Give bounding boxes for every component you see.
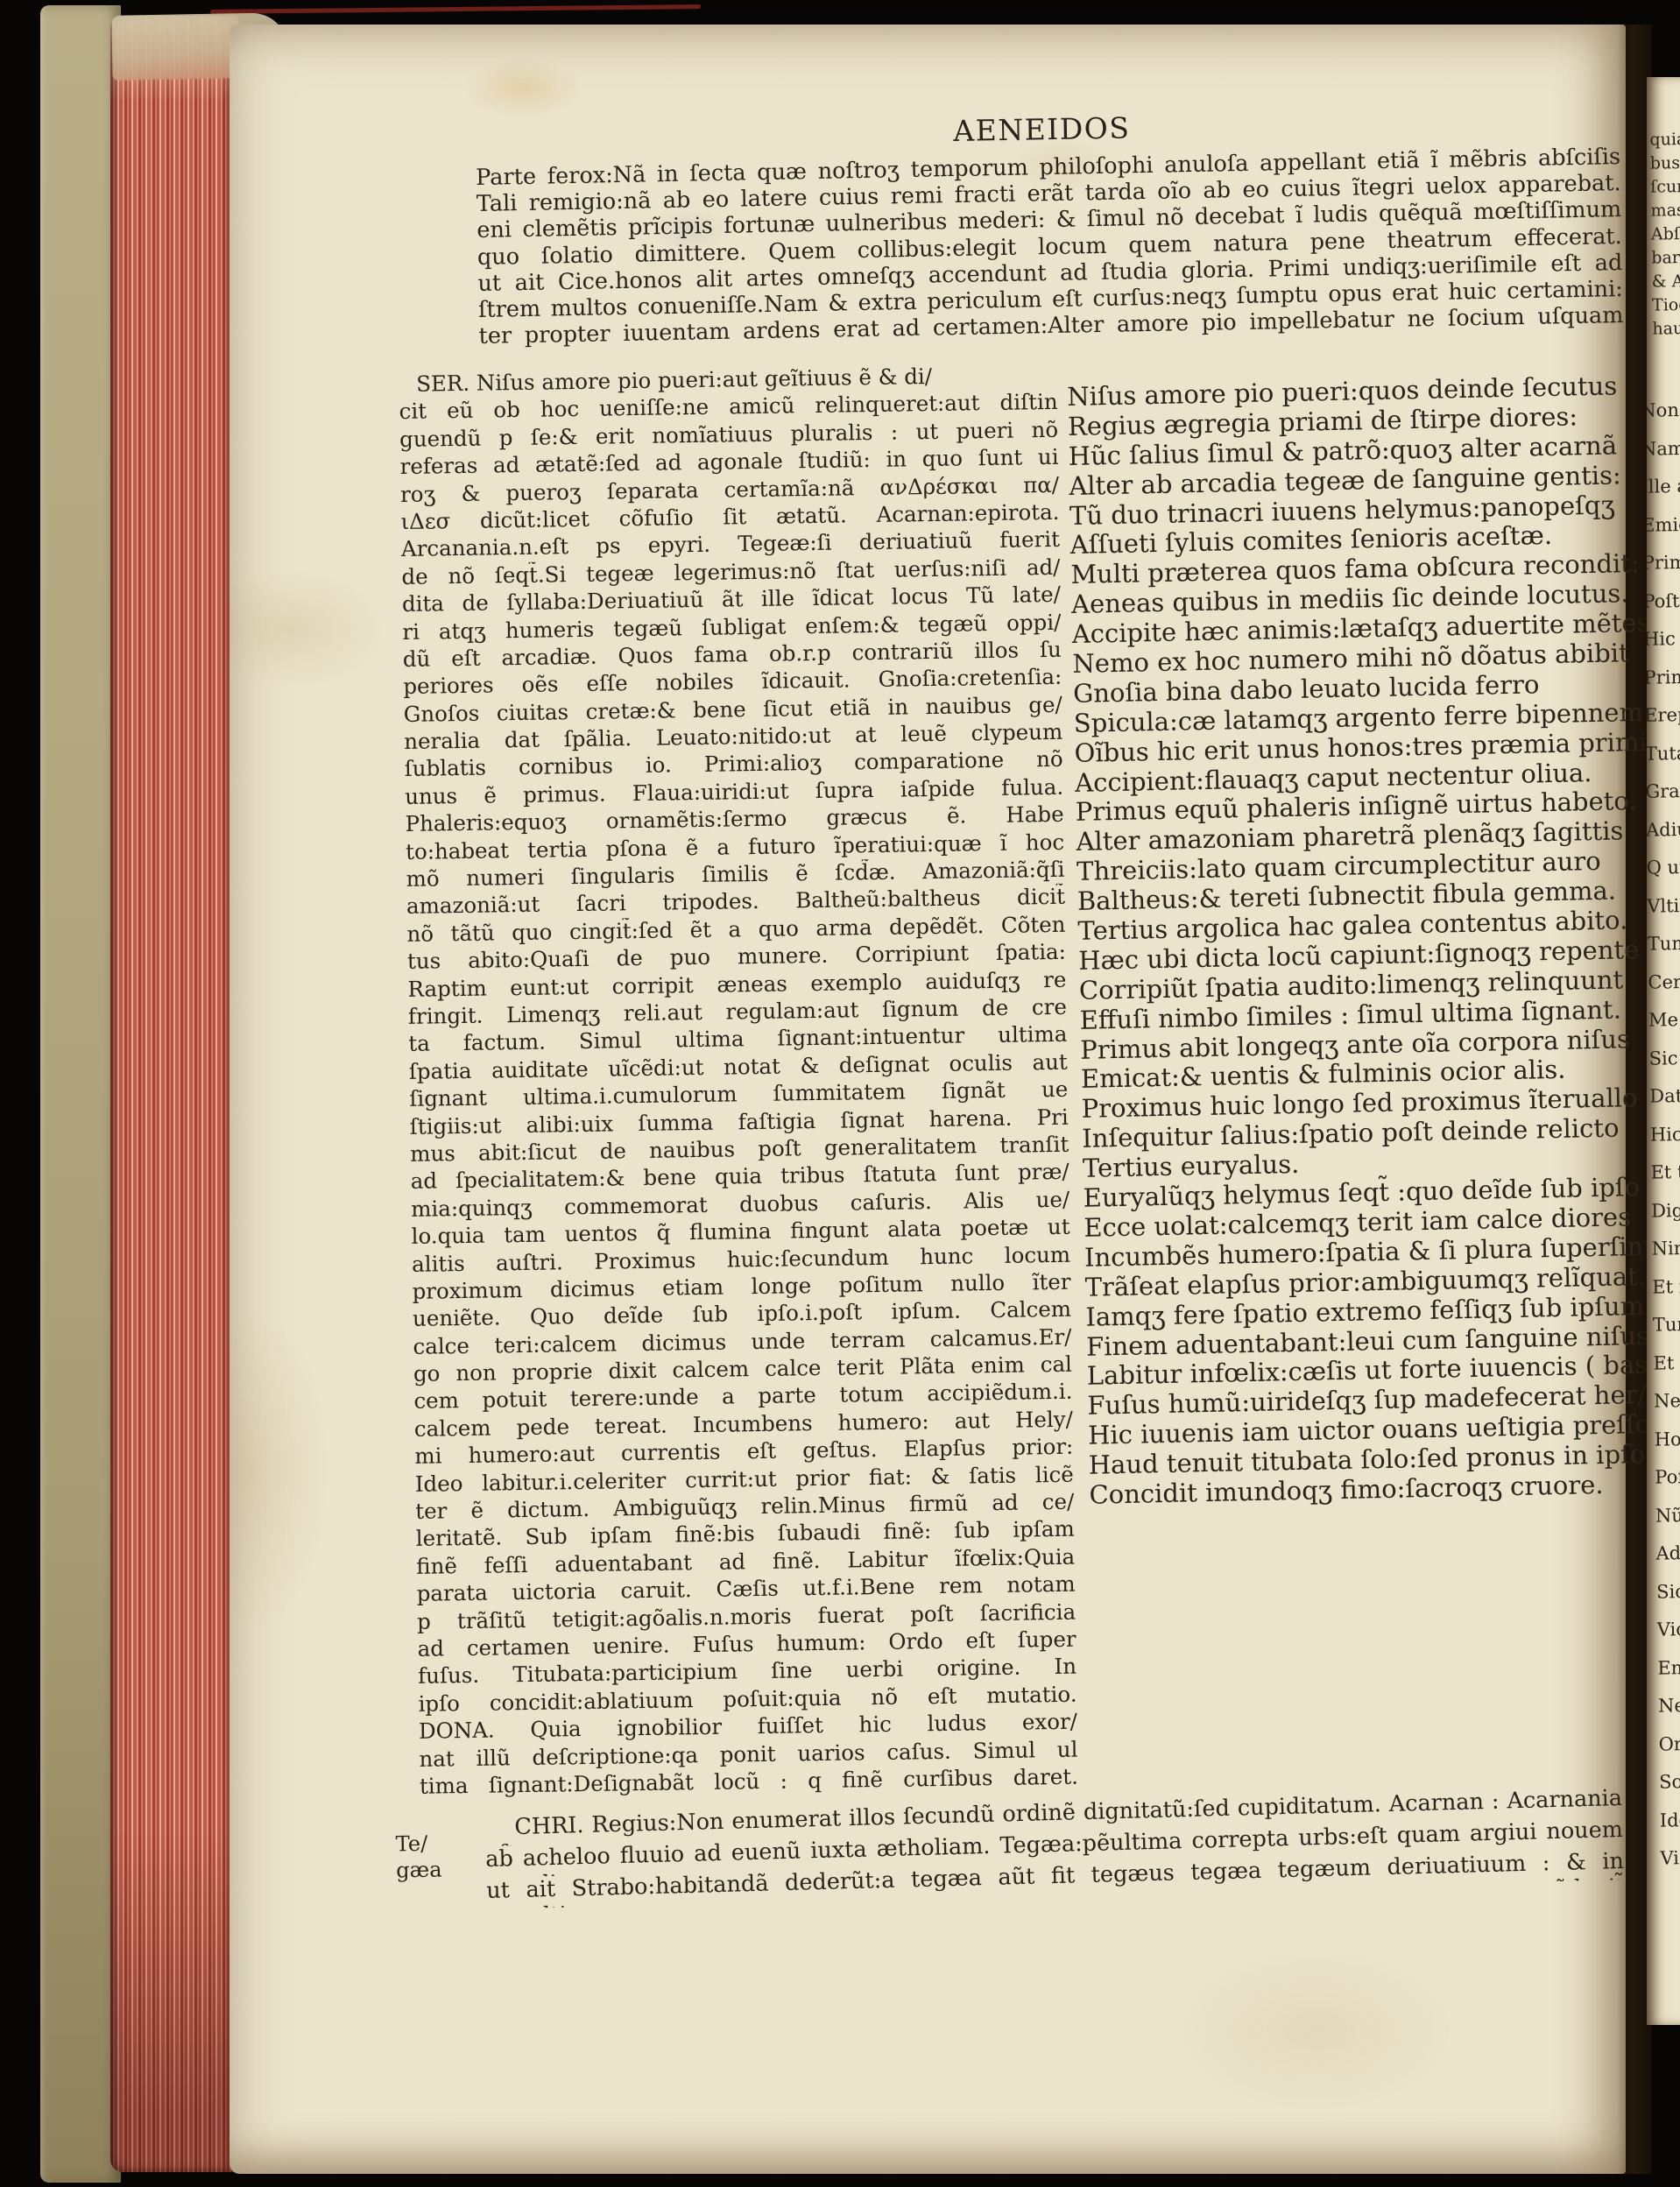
text-line: Abſiani. [1651, 223, 1680, 248]
text-line: Poſt ubi [1655, 1465, 1680, 1505]
text-line: Ereptum [1647, 703, 1680, 743]
text-line: Nam ſe [1647, 437, 1680, 476]
text-line: Non tar [1647, 399, 1680, 438]
text-line: Tum p [1648, 932, 1680, 971]
text-line: Et ſimul [1652, 1275, 1680, 1315]
text-line: Nũc ſicu [1655, 1504, 1680, 1543]
text-line: bare uide [1651, 247, 1680, 272]
poem-column: Niſus amore pio pueri:quos deinde ſecutu… [1067, 370, 1655, 1510]
text-line: Et te lap [1650, 1161, 1680, 1200]
text-line: Dat ſali [1649, 1084, 1680, 1124]
text-line: Turpia [1653, 1313, 1680, 1352]
text-line: Ille aute [1647, 475, 1680, 514]
next-page-fragments-small: quia habbus curſſcurat nomas eſſeAbſiani… [1649, 129, 1680, 342]
running-title: AENEIDOS [953, 110, 1131, 148]
text-line: Nec mo [1658, 1694, 1680, 1733]
commentary-column: SER. Niſus amore pio pueri:aut geĩtiuus … [399, 362, 1078, 1801]
text-line: Nime q [1652, 1237, 1680, 1276]
text-line: Gratior [1647, 780, 1680, 819]
text-line: Emicat [1647, 513, 1680, 553]
text-line: Ideqʒ ac [1660, 1809, 1680, 1848]
intro-commentary-paragraph: Parte ferox:Nã in ſecta quæ noſtroʒ temp… [476, 144, 1624, 349]
text-line: Sic ait:& [1656, 1580, 1680, 1619]
text-line: Neptun [1654, 1389, 1680, 1429]
text-line: Digna d [1651, 1199, 1680, 1238]
next-page-sliver: quia habbus curſſcurat nomas eſſeAbſiani… [1647, 77, 1680, 2025]
text-line: Q ui ſu [1647, 856, 1680, 895]
next-page-fragments-large: Non tarNam ſeIlle auteEmicatPrima tePoſt… [1647, 399, 1680, 1886]
text-line: Certa n [1648, 970, 1680, 1010]
text-line: Hoc iuu [1655, 1428, 1680, 1467]
text-line: Victore [1660, 1846, 1680, 1886]
text-line: Hic niſu [1650, 1123, 1680, 1162]
text-line: ſcurat no [1650, 176, 1680, 201]
text-line: Et clype [1653, 1351, 1680, 1391]
text-line: Ora dan [1658, 1732, 1680, 1772]
text-line: Adiuua [1647, 818, 1680, 857]
text-line: quia hab [1649, 129, 1680, 153]
text-line: Prima p [1647, 666, 1680, 705]
book-photograph: AENEIDOS Parte ferox:Nã in ſecta quæ noſ… [0, 0, 1680, 2187]
red-stained-page-edges [110, 16, 238, 2172]
text-line: mas eſſe [1650, 200, 1680, 224]
cover-top-red-edge [210, 4, 701, 14]
text-line: Adſit : & [1655, 1541, 1680, 1581]
text-line: bus curſ [1650, 152, 1680, 177]
text-line: & Antor [1652, 271, 1680, 295]
text-line: Sic fatu [1648, 1047, 1680, 1086]
text-line: Vltima [1647, 894, 1680, 934]
text-line: Hic totu [1647, 627, 1680, 667]
book-cover-spine [40, 5, 121, 2183]
text-line: Tutat̃ fa [1647, 742, 1680, 781]
text-line: Enſem a [1657, 1656, 1680, 1696]
margin-note: Te/ gæa [395, 1831, 441, 1884]
text-line: Victori [1657, 1618, 1680, 1657]
text-line: Prima te [1647, 551, 1680, 590]
text-line: Tiodama [1652, 294, 1680, 319]
text-line: Poſt hel [1647, 589, 1680, 629]
text-line: Solus q [1659, 1770, 1680, 1810]
text-line: haud inu [1652, 318, 1680, 342]
text-line: Me lice [1648, 1008, 1680, 1048]
